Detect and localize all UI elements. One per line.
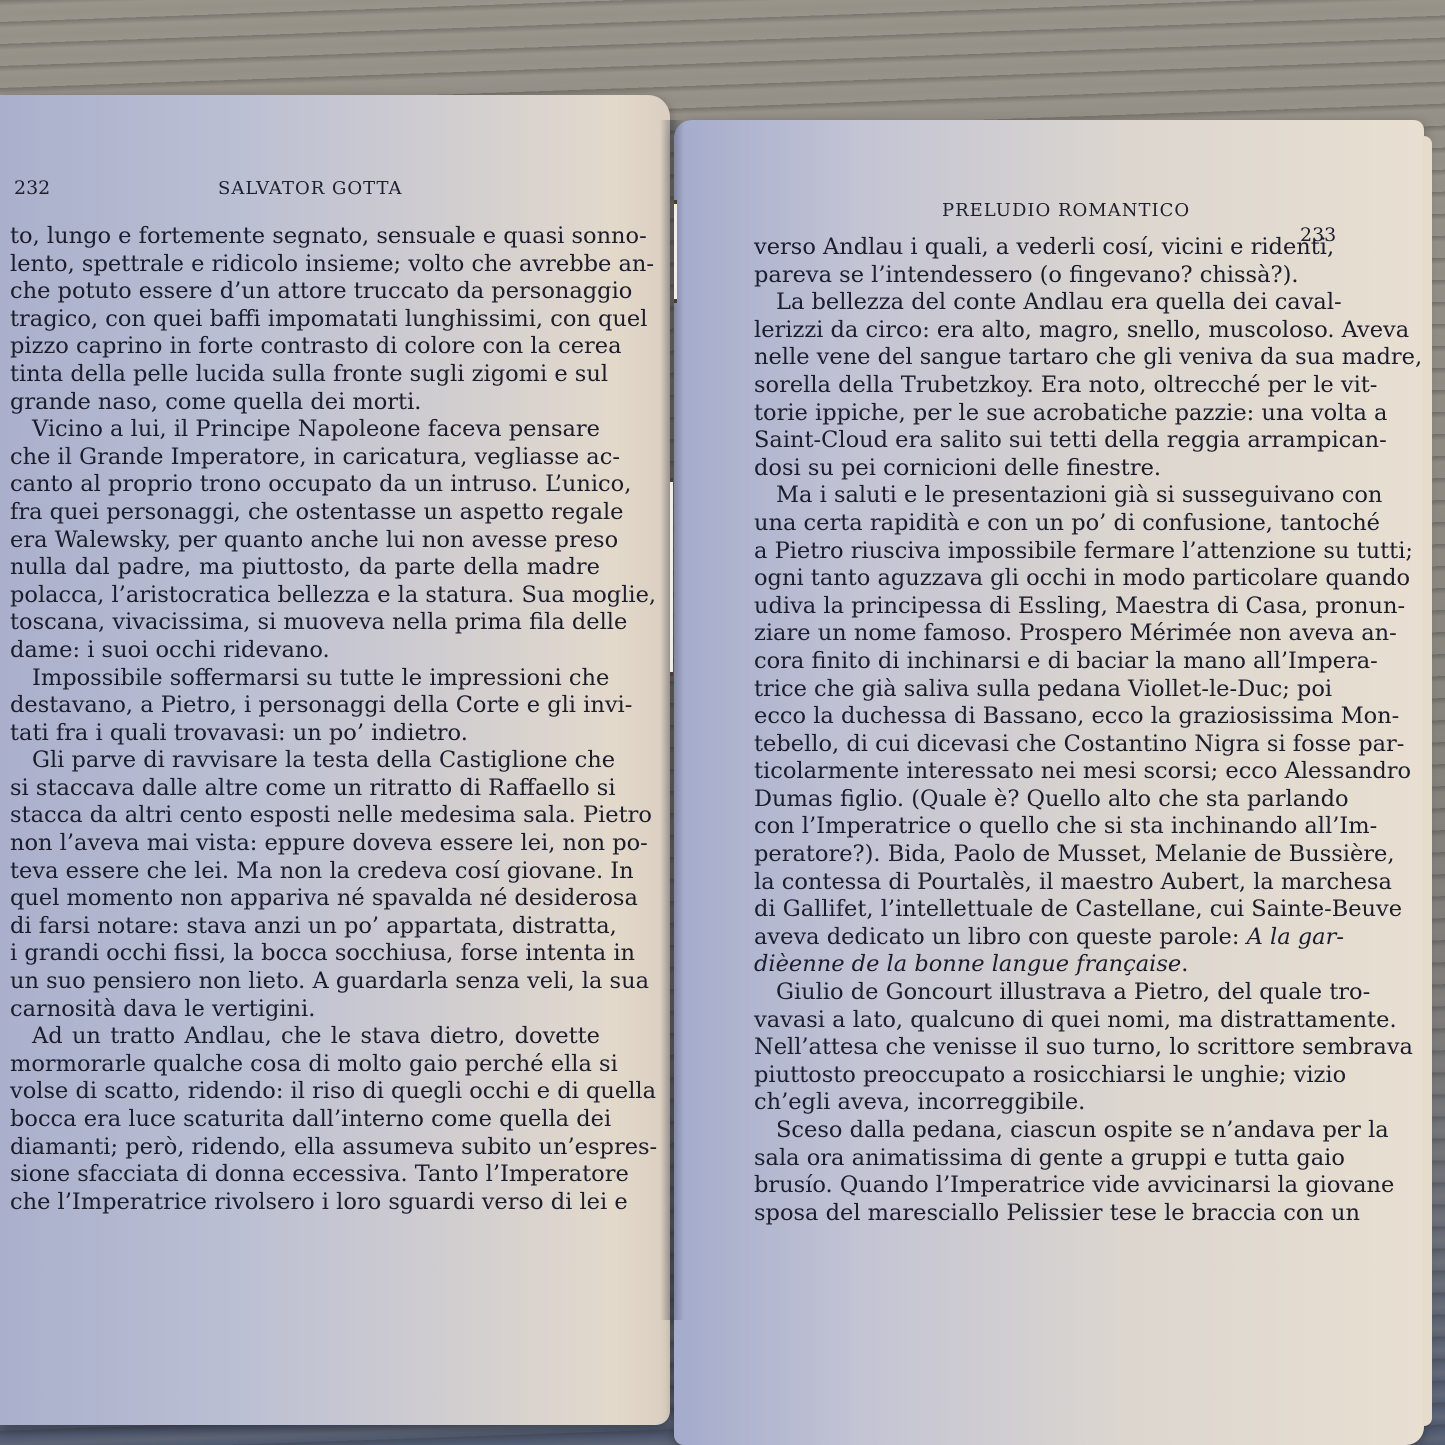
text-line: di farsi notare: stava anzi un po’ appar…: [10, 913, 600, 941]
text-line: la contessa di Pourtalès, il maestro Aub…: [754, 869, 1328, 897]
binding-thread-top: [674, 200, 677, 303]
text-line: La bellezza del conte Andlau era quella …: [754, 289, 1328, 317]
text-line: teva essere che lei. Ma non la credeva c…: [10, 858, 600, 886]
text-line: che l’Imperatrice rivolsero i loro sguar…: [10, 1189, 600, 1217]
text-line: Ad un tratto Andlau, che le stava dietro…: [10, 1023, 600, 1051]
text-line: vavasi a lato, qualcuno di quei nomi, ma…: [754, 1007, 1328, 1035]
text-line: pizzo caprino in forte contrasto di colo…: [10, 333, 600, 361]
text-line: piuttosto preoccupato a rosicchiarsi le …: [754, 1062, 1328, 1090]
text-line: una certa rapidità e con un po’ di confu…: [754, 510, 1328, 538]
text-line: ch’egli aveva, incorreggibile.: [754, 1089, 1328, 1117]
text-line: lento, spettrale e ridicolo insieme; vol…: [10, 251, 600, 279]
text-line: diamanti; però, ridendo, ella assumeva s…: [10, 1134, 600, 1162]
text-line: dosi su pei cornicioni delle finestre.: [754, 455, 1328, 483]
text-line: canto al proprio trono occupato da un in…: [10, 471, 600, 499]
text-line: verso Andlau i quali, a vederli cosí, vi…: [754, 234, 1328, 262]
right-page-body-text: verso Andlau i quali, a vederli cosí, vi…: [754, 234, 1328, 1227]
text-line: bocca era luce scaturita dall’interno co…: [10, 1106, 600, 1134]
text-line: ecco la duchessa di Bassano, ecco la gra…: [754, 703, 1328, 731]
text-line: nulla dal padre, ma piuttosto, da parte …: [10, 554, 600, 582]
text-line: che potuto essere d’un attore truccato d…: [10, 278, 600, 306]
text-line: brusío. Quando l’Imperatrice vide avvici…: [754, 1172, 1328, 1200]
text-line: dame: i suoi occhi ridevano.: [10, 637, 600, 665]
text-line: mormorarle qualche cosa di molto gaio pe…: [10, 1051, 600, 1079]
text-line: polacca, l’aristocratica bellezza e la s…: [10, 582, 600, 610]
text-line: tebello, di cui dicevasi che Costantino …: [754, 731, 1328, 759]
text-line: Saint-Cloud era salito sui tetti della r…: [754, 427, 1328, 455]
text-line: volse di scatto, ridendo: il riso di que…: [10, 1078, 600, 1106]
left-page-body-text: to, lungo e fortemente segnato, sensuale…: [10, 223, 600, 1216]
text-line: che il Grande Imperatore, in caricatura,…: [10, 444, 600, 472]
text-line: Giulio de Goncourt illustrava a Pietro, …: [754, 979, 1328, 1007]
text-line: sorella della Trubetzkoy. Era noto, oltr…: [754, 372, 1328, 400]
text-line: cora finito di inchinarsi e di baciar la…: [754, 648, 1328, 676]
text-line: non l’aveva mai vista: eppure doveva ess…: [10, 830, 600, 858]
text-line: Nell’attesa che venisse il suo turno, lo…: [754, 1034, 1328, 1062]
text-line: to, lungo e fortemente segnato, sensuale…: [10, 223, 600, 251]
italic-quote: dièenne de la bonne langue française: [754, 951, 1181, 977]
left-page: 232 SALVATOR GOTTA to, lungo e fortement…: [0, 95, 670, 1425]
binding-thread-middle: [670, 478, 673, 676]
text-line: Impossibile soffermarsi su tutte le impr…: [10, 665, 600, 693]
text-line: era Walewsky, per quanto anche lui non a…: [10, 527, 600, 555]
text-line: sposa del maresciallo Pelissier tese le …: [754, 1200, 1328, 1228]
left-page-number: 232: [14, 177, 50, 199]
text-line: trice che già saliva sulla pedana Violle…: [754, 676, 1328, 704]
text-line: pareva se l’intendessero (o fingevano? c…: [754, 262, 1328, 290]
text-line: Sceso dalla pedana, ciascun ospite se n’…: [754, 1117, 1328, 1145]
text-line: ticolarmente interessato nei mesi scorsi…: [754, 758, 1328, 786]
text-line: ziare un nome famoso. Prospero Mérimée n…: [754, 620, 1328, 648]
text-line: sala ora animatissima di gente a gruppi …: [754, 1145, 1328, 1173]
text-line: grande naso, come quella dei morti.: [10, 389, 600, 417]
text-line: a Pietro riusciva impossibile fermare l’…: [754, 538, 1328, 566]
text-line: Dumas figlio. (Quale è? Quello alto che …: [754, 786, 1328, 814]
text-line: udiva la principessa di Essling, Maestra…: [754, 593, 1328, 621]
text-line: destavano, a Pietro, i personaggi della …: [10, 692, 600, 720]
text-line: Ma i saluti e le presentazioni già si su…: [754, 482, 1328, 510]
text-line: aveva dedicato un libro con queste parol…: [754, 924, 1328, 952]
text-line: nelle vene del sangue tartaro che gli ve…: [754, 344, 1328, 372]
text-line: carnosità dava le vertigini.: [10, 996, 600, 1024]
text-line: toscana, vivacissima, si muoveva nella p…: [10, 609, 600, 637]
text-line: si staccava dalle altre come un ritratto…: [10, 775, 600, 803]
text-line: torie ippiche, per le sue acrobatiche pa…: [754, 400, 1328, 428]
text-line: sione sfacciata di donna eccessiva. Tant…: [10, 1161, 600, 1189]
left-running-header: SALVATOR GOTTA: [218, 178, 402, 199]
text-line: con l’Imperatrice o quello che si sta in…: [754, 813, 1328, 841]
text-line: peratore?). Bida, Paolo de Musset, Melan…: [754, 841, 1328, 869]
right-running-header: PRELUDIO ROMANTICO: [942, 200, 1190, 221]
text-line: lerizzi da circo: era alto, magro, snell…: [754, 317, 1328, 345]
text-line: di Gallifet, l’intellettuale de Castella…: [754, 896, 1328, 924]
book-gutter: [660, 120, 684, 1320]
text-line: fra quei personaggi, che ostentasse un a…: [10, 499, 600, 527]
text-line: tinta della pelle lucida sulla fronte su…: [10, 361, 600, 389]
text-line: i grandi occhi fissi, la bocca socchiusa…: [10, 940, 600, 968]
text-line: Vicino a lui, il Principe Napoleone face…: [10, 416, 600, 444]
text-line: stacca da altri cento esposti nelle mede…: [10, 802, 600, 830]
text-line: Gli parve di ravvisare la testa della Ca…: [10, 747, 600, 775]
text-line: tati fra i quali trovavasi: un po’ indie…: [10, 720, 600, 748]
text-line: ogni tanto aguzzava gli occhi in modo pa…: [754, 565, 1328, 593]
text-line: quel momento non appariva né spavalda né…: [10, 885, 600, 913]
text-line: un suo pensiero non lieto. A guardarla s…: [10, 968, 600, 996]
italic-quote: A la gar-: [1247, 924, 1344, 950]
right-page: PRELUDIO ROMANTICO 233 verso Andlau i qu…: [674, 120, 1424, 1445]
text-line: dièenne de la bonne langue française.: [754, 951, 1328, 979]
page-stack-edge: [1422, 136, 1432, 1426]
text-line: tragico, con quei baffi impomatati lungh…: [10, 306, 600, 334]
